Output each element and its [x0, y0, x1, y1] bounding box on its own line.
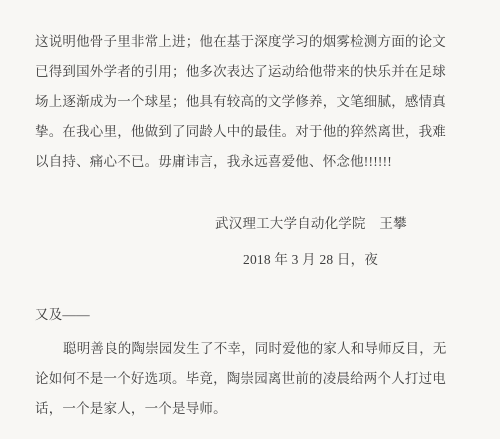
- date-line: 2018 年 3 月 28 日，夜: [243, 245, 378, 275]
- paragraph-line: 已得到国外学者的引用；他多次表达了运动给他带来的快乐并在足球: [35, 57, 455, 87]
- paragraph-line: 这说明他骨子里非常上进；他在基于深度学习的烟雾检测方面的论文: [35, 27, 455, 57]
- document-page: 这说明他骨子里非常上进；他在基于深度学习的烟雾检测方面的论文 已得到国外学者的引…: [0, 0, 500, 439]
- paragraph-line: 场上逐渐成为一个球星；他具有较高的文学修养，文笔细腻，感情真: [35, 87, 455, 117]
- main-paragraph: 这说明他骨子里非常上进；他在基于深度学习的烟雾检测方面的论文 已得到国外学者的引…: [35, 27, 455, 177]
- postscript-paragraph: 聪明善良的陶崇园发生了不幸，同时爱他的家人和导师反目，无 论如何不是一个好选项。…: [35, 334, 460, 424]
- paragraph-line: 聪明善良的陶崇园发生了不幸，同时爱他的家人和导师反目，无: [35, 334, 460, 364]
- paragraph-line: 挚。在我心里，他做到了同龄人中的最佳。对于他的猝然离世，我难: [35, 117, 455, 147]
- signature-line: 武汉理工大学自动化学院 王攀: [215, 209, 407, 239]
- paragraph-line: 论如何不是一个好选项。毕竟，陶崇园离世前的凌晨给两个人打过电: [35, 364, 460, 394]
- paragraph-line: 话，一个是家人，一个是导师。: [35, 394, 460, 424]
- postscript-marker: 又及——: [35, 300, 90, 330]
- paragraph-line: 以自持、痛心不已。毋庸讳言，我永远喜爱他、怀念他!!!!!!: [35, 147, 455, 177]
